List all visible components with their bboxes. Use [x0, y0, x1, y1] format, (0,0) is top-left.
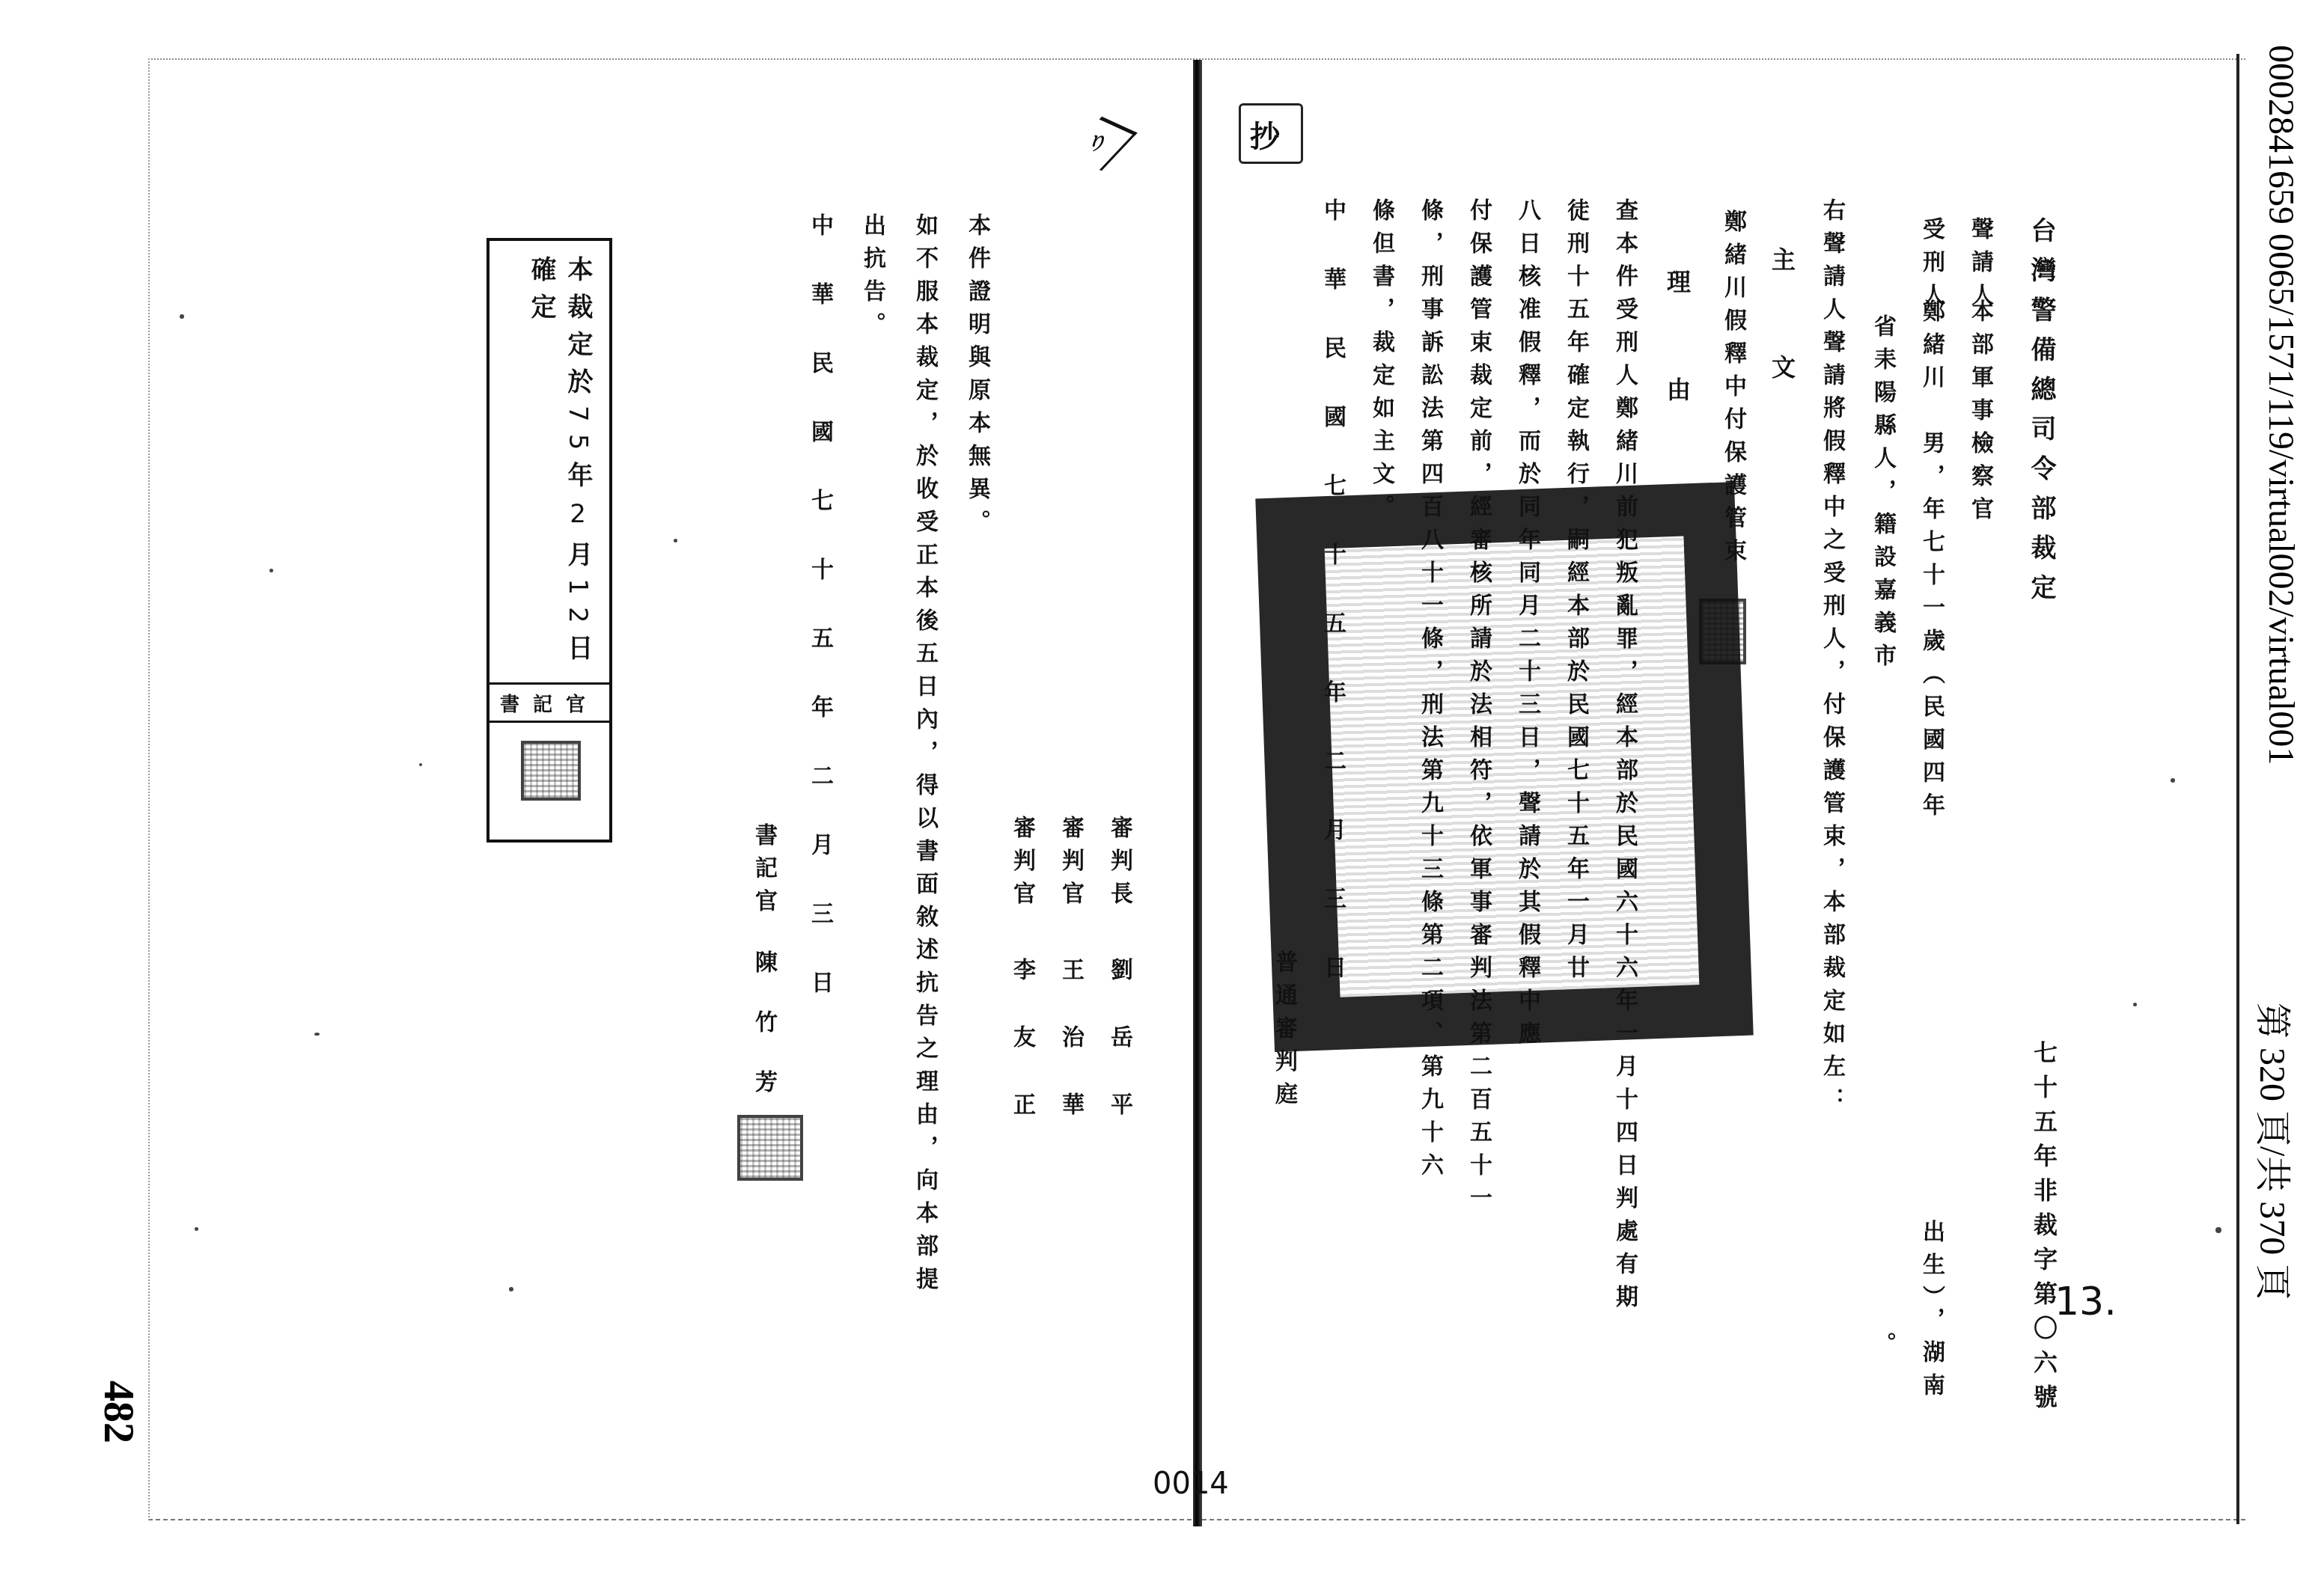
center-fold-line [1193, 60, 1202, 1526]
appeal-notice-end: 出抗告。 [861, 213, 883, 345]
large-official-seal [1255, 482, 1753, 1052]
left-date-line: 中華民國七十五年二月三日 [808, 213, 831, 1039]
year-label: 年 [563, 462, 593, 499]
month-handwritten: 2 [563, 499, 593, 541]
judge-1-title: 審判長 [1108, 816, 1130, 914]
finalization-date-cell: 本裁定於75年2月12日確定 [489, 241, 609, 685]
finalized-label: 本裁定於 [563, 256, 593, 406]
reason-heading: 理 由 [1665, 269, 1689, 431]
judge-2-title: 審判官 [1059, 816, 1082, 914]
convict-line: 鄭緒川 男，年七十一歲（民國四年 [1920, 299, 1942, 826]
page-edge-line [2236, 54, 2239, 1524]
handwritten-number: 13. [2055, 1279, 2117, 1324]
scan-noise [314, 1033, 320, 1036]
case-number: 七十五年非裁字第〇六號 [2032, 1040, 2056, 1419]
clerk-label-cell: 書記官 [489, 685, 609, 723]
finalization-text: 本裁定於75年2月12日確定 [523, 256, 597, 682]
handwritten-page-mark: 0014 [1153, 1467, 1229, 1501]
judge-3-title: 審判官 [1010, 816, 1033, 914]
box-clerk-seal [521, 741, 581, 801]
scan-noise [509, 1287, 513, 1291]
scan-noise [2215, 1227, 2221, 1233]
convict-origin: 省耒陽縣人，籍設嘉義市 [1871, 314, 1894, 676]
judge-1-name: 劉岳平 [1108, 958, 1130, 1160]
appeal-notice: 如不服本裁定，於收受正本後五日內，得以書面敘述抗告之理由，向本部提 [913, 213, 936, 1300]
applicant-name: 本部軍事檢察官 [1968, 299, 1991, 530]
scan-noise [674, 539, 677, 542]
scan-noise [195, 1227, 198, 1231]
clerk-title: 書記官 [752, 823, 775, 922]
clerk-seal [737, 1115, 803, 1181]
scanned-document: 000284165​9 0065/1571/119/virtual002/vir… [0, 0, 2318, 1596]
year-handwritten: 75 [563, 406, 593, 462]
page-counter: 第 320 頁/共 370 頁 [2250, 1003, 2302, 1300]
archive-id: 000284165​9 0065/1571/119/virtual002/vir… [2260, 45, 2302, 765]
box-clerk-label: 書記官 [500, 689, 599, 717]
corner-mark-char: り [1085, 125, 1112, 158]
month-label: 月 [563, 541, 593, 578]
clerk-name: 陳竹芳 [752, 950, 775, 1130]
judge-3-name: 李友正 [1010, 958, 1033, 1160]
day-handwritten: 12 [563, 578, 593, 635]
finalization-box: 本裁定於75年2月12日確定 書記官 [487, 238, 612, 843]
scan-noise [2133, 1003, 2137, 1006]
scan-noise [2171, 778, 2175, 783]
scan-noise [180, 314, 184, 319]
copy-seal: 抄 [1239, 103, 1303, 164]
reason-line-6: 條但書，裁定如主文。 [1370, 198, 1392, 528]
intro-text: 右聲請人聲請將假釋中之受刑人，付保護管束，本部裁定如左： [1820, 198, 1843, 1120]
convict-end: 。 [1871, 1332, 1894, 1365]
convict-birth: 出生），湖南 [1920, 1220, 1942, 1406]
left-page-number: 482 [94, 1381, 142, 1443]
scan-noise [269, 569, 273, 572]
main-heading: 主 文 [1770, 247, 1794, 409]
certified-copy-note: 本件證明與原本無異。 [966, 213, 988, 542]
copy-seal-char: 抄 [1250, 113, 1280, 156]
scan-noise [419, 763, 422, 766]
judge-2-name: 王治華 [1059, 958, 1082, 1160]
decision-title: 台灣警備總司令部裁定 [2028, 217, 2054, 614]
